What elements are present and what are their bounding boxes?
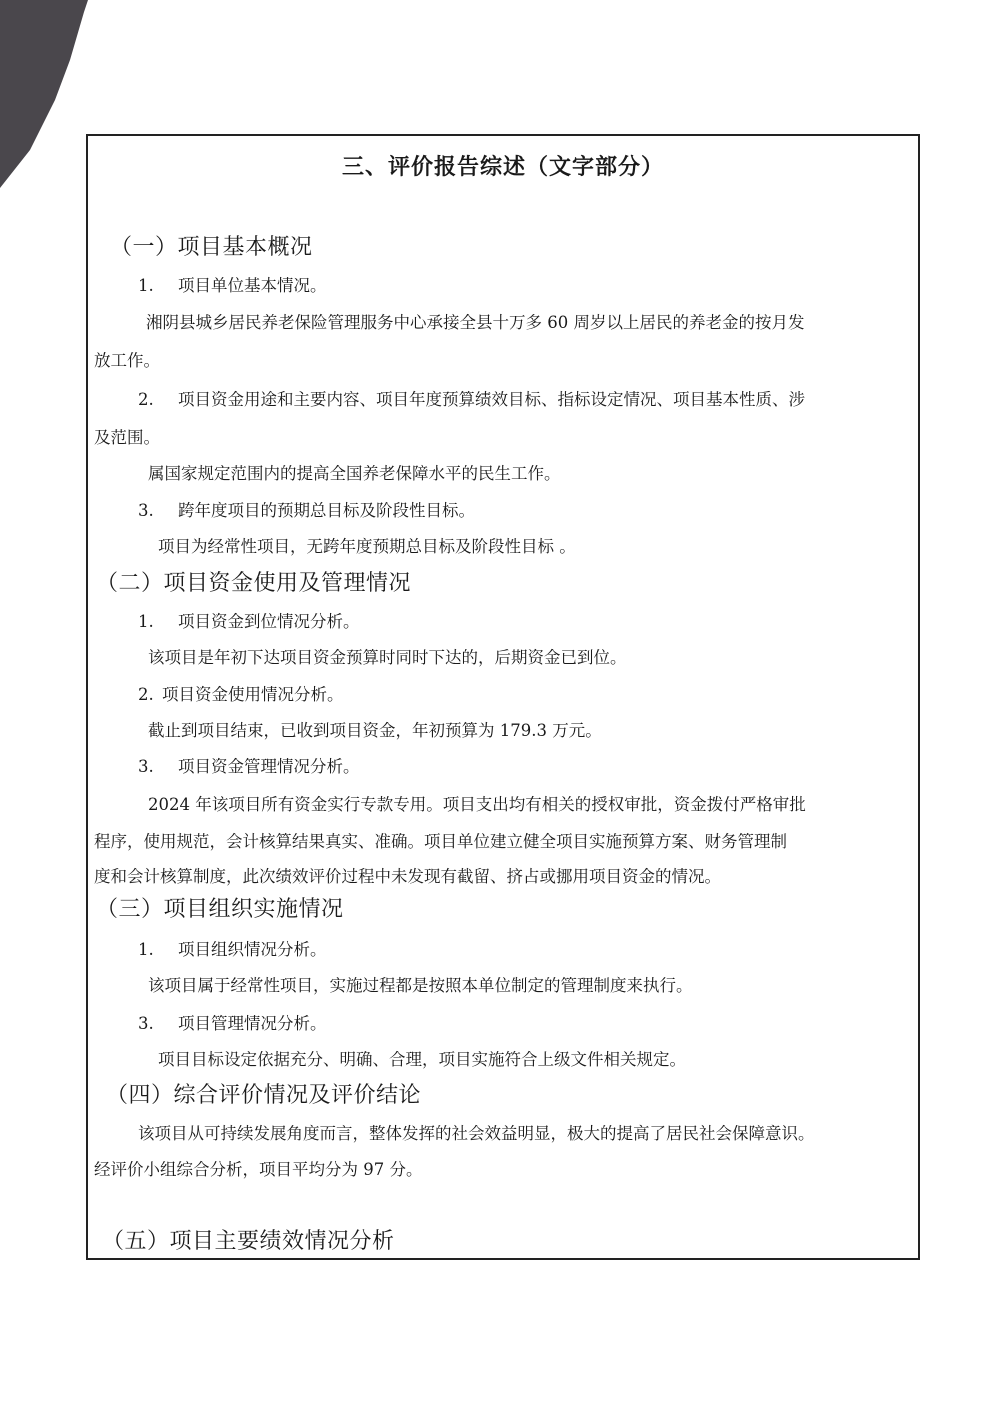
item-number: 3.	[138, 757, 178, 776]
section-heading-2: （二）项目资金使用及管理情况	[96, 566, 411, 597]
item-2-1-label: 1.项目资金到位情况分析。	[138, 608, 360, 632]
paragraph-line: 放工作。	[94, 347, 160, 371]
paragraph-line: 度和会计核算制度，此次绩效评价过程中未发现有截留、挤占或挪用项目资金的情况。	[94, 863, 721, 887]
page-title: 三、评价报告综述（文字部分）	[88, 150, 918, 181]
item-number: 2.	[138, 390, 178, 409]
item-2-2-label: 2.项目资金使用情况分析。	[138, 681, 344, 705]
item-label: 项目资金到位情况分析。	[178, 612, 360, 631]
item-number: 3.	[138, 501, 178, 520]
item-3-3-label: 3.项目管理情况分析。	[138, 1010, 327, 1034]
item-number: 3.	[138, 1014, 178, 1033]
item-number: 1.	[138, 276, 178, 295]
item-1-1-label: 1.项目单位基本情况。	[138, 272, 327, 296]
item-1-2-label: 2.项目资金用途和主要内容、项目年度预算绩效目标、指标设定情况、项目基本性质、涉	[138, 386, 805, 410]
item-2-3-label: 3.项目资金管理情况分析。	[138, 753, 360, 777]
paragraph-line: 2024 年该项目所有资金实行专款专用。项目支出均有相关的授权审批，资金拨付严格…	[148, 791, 806, 815]
paragraph-line: 该项目属于经常性项目，实施过程都是按照本单位制定的管理制度来执行。	[148, 972, 693, 996]
item-label: 项目管理情况分析。	[178, 1014, 327, 1033]
item-label: 项目资金用途和主要内容、项目年度预算绩效目标、指标设定情况、项目基本性质、涉	[178, 390, 805, 409]
paragraph-line: 湘阴县城乡居民养老保险管理服务中心承接全县十万多 60 周岁以上居民的养老金的按…	[146, 309, 805, 333]
report-frame: 三、评价报告综述（文字部分） （一）项目基本概况 1.项目单位基本情况。 湘阴县…	[86, 134, 920, 1260]
paragraph-line: 项目为经常性项目，无跨年度预期总目标及阶段性目标 。	[158, 533, 576, 557]
paragraph-line: 项目目标设定依据充分、明确、合理，项目实施符合上级文件相关规定。	[158, 1046, 686, 1070]
item-label: 项目资金管理情况分析。	[178, 757, 360, 776]
paragraph-line: 该项目是年初下达项目资金预算时同时下达的，后期资金已到位。	[148, 644, 627, 668]
scan-shadow	[0, 0, 100, 200]
section-heading-5: （五）项目主要绩效情况分析	[102, 1224, 395, 1255]
paragraph-line: 属国家规定范围内的提高全国养老保障水平的民生工作。	[148, 460, 561, 484]
paragraph-line: 程序，使用规范，会计核算结果真实、准确。项目单位建立健全项目实施预算方案、财务管…	[94, 828, 787, 852]
section-heading-4: （四）综合评价情况及评价结论	[106, 1078, 421, 1109]
section-heading-3: （三）项目组织实施情况	[96, 892, 344, 923]
paragraph-line: 截止到项目结束，已收到项目资金，年初预算为 179.3 万元。	[148, 717, 602, 741]
item-number: 1.	[138, 940, 178, 959]
item-1-3-label: 3.跨年度项目的预期总目标及阶段性目标。	[138, 497, 475, 521]
item-number: 1.	[138, 612, 178, 631]
item-label: 跨年度项目的预期总目标及阶段性目标。	[178, 501, 475, 520]
item-label: 项目单位基本情况。	[178, 276, 327, 295]
item-number: 2.	[138, 685, 162, 704]
item-label: 项目组织情况分析。	[178, 940, 327, 959]
item-label: 项目资金使用情况分析。	[162, 685, 344, 704]
section-heading-1: （一）项目基本概况	[110, 230, 313, 261]
paragraph-line: 经评价小组综合分析，项目平均分为 97 分。	[94, 1156, 423, 1180]
item-3-1-label: 1.项目组织情况分析。	[138, 936, 327, 960]
item-label-continued: 及范围。	[94, 424, 160, 448]
paragraph-line: 该项目从可持续发展角度而言，整体发挥的社会效益明显，极大的提高了居民社会保障意识…	[138, 1120, 815, 1144]
